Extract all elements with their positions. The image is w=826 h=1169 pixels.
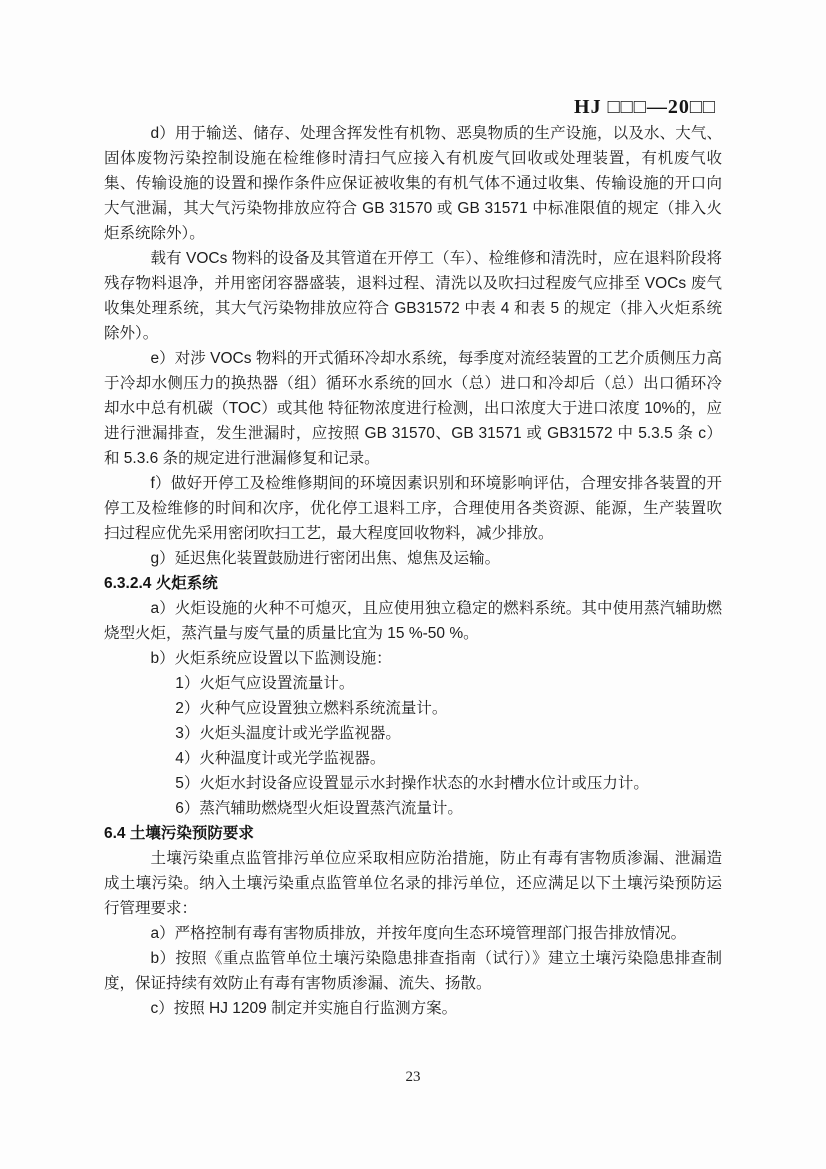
document-body: d）用于输送、储存、处理含挥发性有机物、恶臭物质的生产设施，以及水、大气、固体废…	[104, 121, 722, 1021]
paragraph-item-g: g）延迟焦化装置鼓励进行密闭出焦、熄焦及运输。	[104, 546, 722, 571]
paragraph-item-f: f）做好开停工及检维修期间的环境因素识别和环境影响评估，合理安排各装置的开停工及…	[104, 471, 722, 546]
list-item-1: 1）火炬气应设置流量计。	[104, 671, 722, 696]
paragraph-soil-a: a）严格控制有毒有害物质排放，并按年度向生态环境管理部门报告排放情况。	[104, 921, 722, 946]
list-item-2: 2）火种气应设置独立燃料系统流量计。	[104, 696, 722, 721]
paragraph-flare-a: a）火炬设施的火种不可熄灭，且应使用独立稳定的燃料系统。其中使用蒸汽辅助燃烧型火…	[104, 596, 722, 646]
paragraph-soil-c: c）按照 HJ 1209 制定并实施自行监测方案。	[104, 996, 722, 1021]
paragraph-vocs-material: 载有 VOCs 物料的设备及其管道在开停工（车）、检维修和清洗时，应在退料阶段将…	[104, 246, 722, 346]
paragraph-flare-b: b）火炬系统应设置以下监测设施：	[104, 646, 722, 671]
paragraph-soil-b: b）按照《重点监管单位土壤污染隐患排查指南（试行）》建立土壤污染隐患排查制度，保…	[104, 946, 722, 996]
section-heading-flare-system: 6.3.2.4 火炬系统	[104, 571, 722, 596]
paragraph-item-d: d）用于输送、储存、处理含挥发性有机物、恶臭物质的生产设施，以及水、大气、固体废…	[104, 121, 722, 246]
document-page: HJ □□□—20□□ d）用于输送、储存、处理含挥发性有机物、恶臭物质的生产设…	[0, 0, 826, 1169]
paragraph-item-e: e）对涉 VOCs 物料的开式循环冷却水系统，每季度对流经装置的工艺介质侧压力高…	[104, 346, 722, 471]
list-item-3: 3）火炬头温度计或光学监视器。	[104, 721, 722, 746]
standard-number-header: HJ □□□—20□□	[104, 96, 716, 119]
paragraph-soil-intro: 土壤污染重点监管排污单位应采取相应防治措施，防止有毒有害物质渗漏、泄漏造成土壤污…	[104, 846, 722, 921]
list-item-6: 6）蒸汽辅助燃烧型火炬设置蒸汽流量计。	[104, 796, 722, 821]
list-item-4: 4）火种温度计或光学监视器。	[104, 746, 722, 771]
list-item-5: 5）火炬水封设备应设置显示水封操作状态的水封槽水位计或压力计。	[104, 771, 722, 796]
page-number: 23	[0, 1069, 826, 1086]
section-heading-soil-pollution: 6.4 土壤污染预防要求	[104, 821, 722, 846]
